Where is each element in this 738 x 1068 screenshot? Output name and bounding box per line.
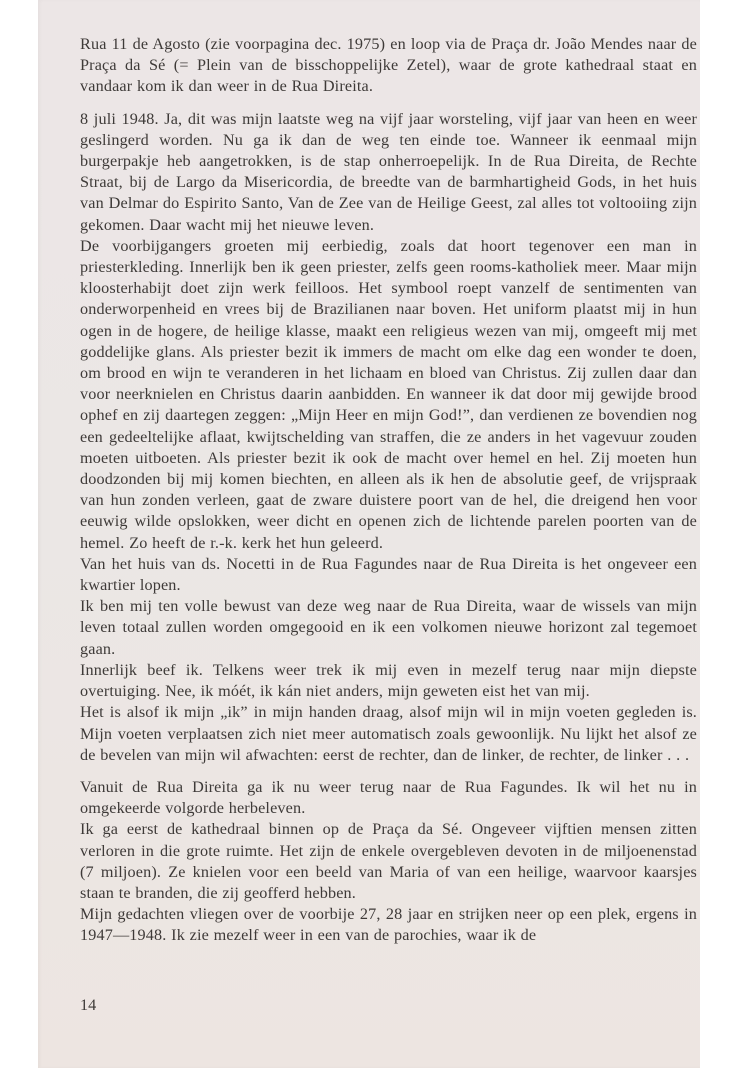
page-number: 14 — [80, 996, 96, 1015]
book-page: Rua 11 de Agosto (zie voorpagina dec. 19… — [38, 0, 700, 1068]
paragraph-vanuit-rua-direita: Vanuit de Rua Direita ga ik nu weer teru… — [80, 777, 697, 819]
paragraph-gedachten-vliegen: Mijn gedachten vliegen over de voorbije … — [80, 904, 697, 946]
paragraph-kathedraal: Ik ga eerst de kathedraal binnen op de P… — [80, 819, 697, 904]
paragraph-ik-in-handen: Het is alsof ik mijn „ik” in mijn handen… — [80, 702, 697, 766]
paragraph-voorbijgangers: De voorbijgangers groeten mij eerbiedig,… — [80, 236, 697, 554]
paragraph-8-juli-1948: 8 juli 1948. Ja, dit was mijn laatste we… — [80, 109, 697, 236]
paragraph-innerlijk-beef: Innerlijk beef ik. Telkens weer trek ik … — [80, 660, 697, 702]
paragraph-huis-nocetti: Van het huis van ds. Nocetti in de Rua F… — [80, 554, 697, 596]
paragraph-bewust-van-weg: Ik ben mij ten volle bewust van deze weg… — [80, 596, 697, 660]
page-body-text: Rua 11 de Agosto (zie voorpagina dec. 19… — [80, 34, 697, 947]
paragraph-route-intro: Rua 11 de Agosto (zie voorpagina dec. 19… — [80, 34, 697, 98]
